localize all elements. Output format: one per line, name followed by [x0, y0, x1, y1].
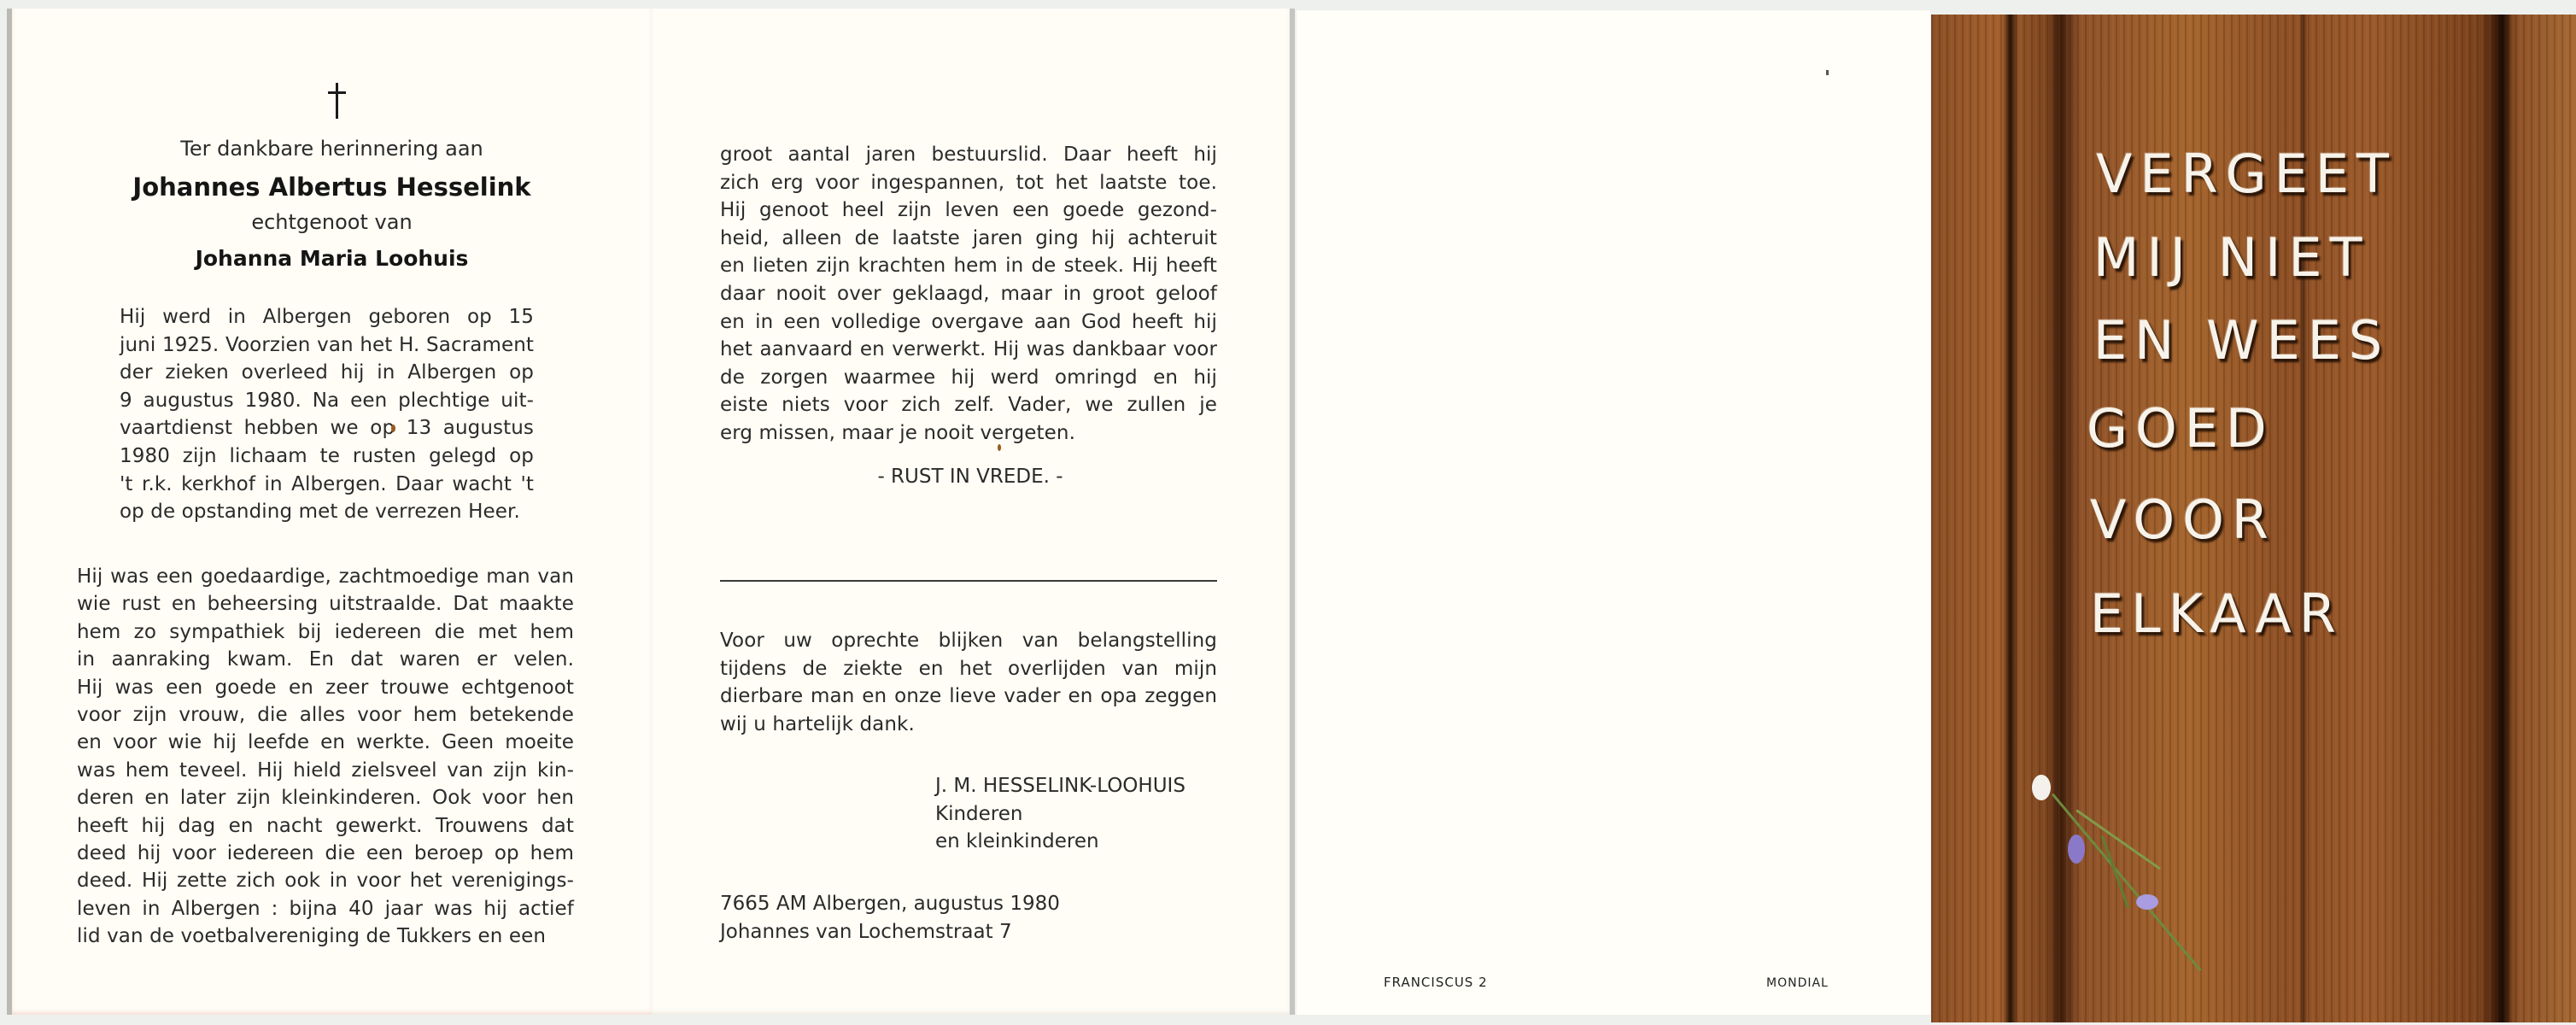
text-line: eiste niets voor zich zelf. Vader, we zu… — [720, 394, 1217, 416]
motto-line: EN WEES — [2093, 309, 2390, 372]
text-line: 1980 zijn lichaam te rusten gelegd op — [120, 445, 534, 467]
text-line: deed hij voor iedereen die een beroep op… — [77, 842, 574, 864]
motto-line: ELKAAR — [2090, 583, 2344, 645]
text-line: wie rust en beheersing uitstraalde. Dat … — [77, 593, 574, 615]
text-line: dierbare man en onze lieve vader en opa … — [720, 685, 1217, 707]
text-line: Voor uw oprechte blijken van belangstell… — [720, 630, 1217, 652]
text-line: leven in Albergen : bijna 40 jaar was hi… — [77, 898, 574, 920]
text-line: Kinderen — [935, 803, 1022, 825]
text-line: en lieten zijn krachten hem in de steek.… — [720, 255, 1217, 277]
text-line: daar nooit over geklaagd, maar in groot … — [720, 283, 1217, 305]
spouse-name: Johanna Maria Loohuis — [12, 246, 652, 271]
card-cover-image: VERGEETMIJ NIETEN WEESGOEDVOORELKAAR — [1931, 15, 2576, 1022]
text-line: 7665 AM Albergen, augustus 1980 — [720, 893, 1060, 915]
text-line: heid, alleen de laatste jaren ging hij a… — [720, 227, 1217, 249]
publisher-label: MONDIAL — [1766, 976, 1829, 990]
text-line: 't r.k. kerkhof in Albergen. Daar wacht … — [120, 473, 534, 495]
text-line: op de opstanding met de verrezen Heer. — [120, 501, 534, 523]
text-line: deed. Hij zette zich ook in voor het ver… — [77, 870, 574, 892]
text-line: wij u hartelijk dank. — [720, 713, 1217, 735]
deceased-name: Johannes Albertus Hesselink — [12, 173, 652, 202]
motto-line: GOED — [2087, 397, 2274, 460]
paper-stain — [391, 425, 395, 432]
text-line: voor zijn vrouw, die alles voor hem bete… — [77, 704, 574, 726]
text-line: groot aantal jaren bestuurslid. Daar hee… — [720, 143, 1217, 166]
intro-text: Ter dankbare herinnering aan — [12, 137, 652, 161]
text-line: lid van de voetbalvereniging de Tukkers … — [77, 925, 574, 947]
text-line: zich erg voor ingespannen, tot het laats… — [720, 172, 1217, 194]
motto-line: MIJ NIET — [2093, 226, 2369, 289]
text-line: deren en later zijn kleinkinderen. Ook v… — [77, 787, 574, 809]
text-line: de zorgen waarmee hij werd omringd en hi… — [720, 366, 1217, 389]
text-line: heeft hij dag en nacht gewerkt. Trouwens… — [77, 815, 574, 837]
text-line: Hij genoot heel zijn leven een goede gez… — [720, 199, 1217, 221]
text-line: J. M. HESSELINK-LOOHUIS — [935, 775, 1186, 797]
text-line: in aanraking kwam. En dat waren er velen… — [77, 648, 574, 671]
text-line: het aanvaard en verwerkt. Hij was dankba… — [720, 338, 1217, 360]
text-line: en voor wie hij leefde en werkte. Geen m… — [77, 731, 574, 753]
text-line: was hem teveel. Hij hield zielsveel van … — [77, 759, 574, 782]
paper-stain — [998, 444, 1001, 451]
plank-gap — [2495, 15, 2510, 1022]
text-line: der zieken overleed hij in Albergen op — [120, 361, 534, 384]
text-line: erg missen, maar je nooit vergeten. — [720, 422, 1217, 444]
text-line: en kleinkinderen — [935, 830, 1099, 852]
rust-in-vrede-text: - RUST IN VREDE. - — [651, 466, 1290, 488]
motto-line: VOOR — [2090, 489, 2276, 551]
text-line: hem zo sympathiek bij iedereen die met h… — [77, 621, 574, 643]
card-panel-back-blank: FRANCISCUS 2 MONDIAL — [1297, 10, 1930, 1015]
card-panel-front-right: groot aantal jaren bestuurslid. Daar hee… — [651, 9, 1295, 1015]
paper-mark — [1826, 70, 1829, 75]
text-line: juni 1925. Voorzien van het H. Sacrament — [120, 334, 534, 356]
series-label: FRANCISCUS 2 — [1384, 975, 1488, 990]
card-panel-front-left: Ter dankbare herinnering aan Johannes Al… — [7, 9, 652, 1015]
relation-text: echtgenoot van — [12, 210, 652, 234]
divider-line — [720, 580, 1217, 582]
text-line: Hij was een goede en zeer trouwe echtgen… — [77, 676, 574, 699]
text-line: tijdens de ziekte en het overlijden van … — [720, 658, 1217, 680]
plank-gap — [2004, 15, 2017, 1022]
cross-icon — [328, 83, 346, 119]
text-line: en in een volledige overgave aan God hee… — [720, 311, 1217, 333]
text-line: 9 augustus 1980. Na een plechtige uit- — [120, 389, 534, 412]
text-line: Hij werd in Albergen geboren op 15 — [120, 306, 534, 328]
text-line: Hij was een goedaardige, zachtmoedige ma… — [77, 565, 574, 588]
motto-line: VERGEET — [2096, 143, 2397, 205]
text-line: Johannes van Lochemstraat 7 — [720, 921, 1012, 943]
text-line: vaartdienst hebben we op 13 augustus — [120, 417, 534, 439]
